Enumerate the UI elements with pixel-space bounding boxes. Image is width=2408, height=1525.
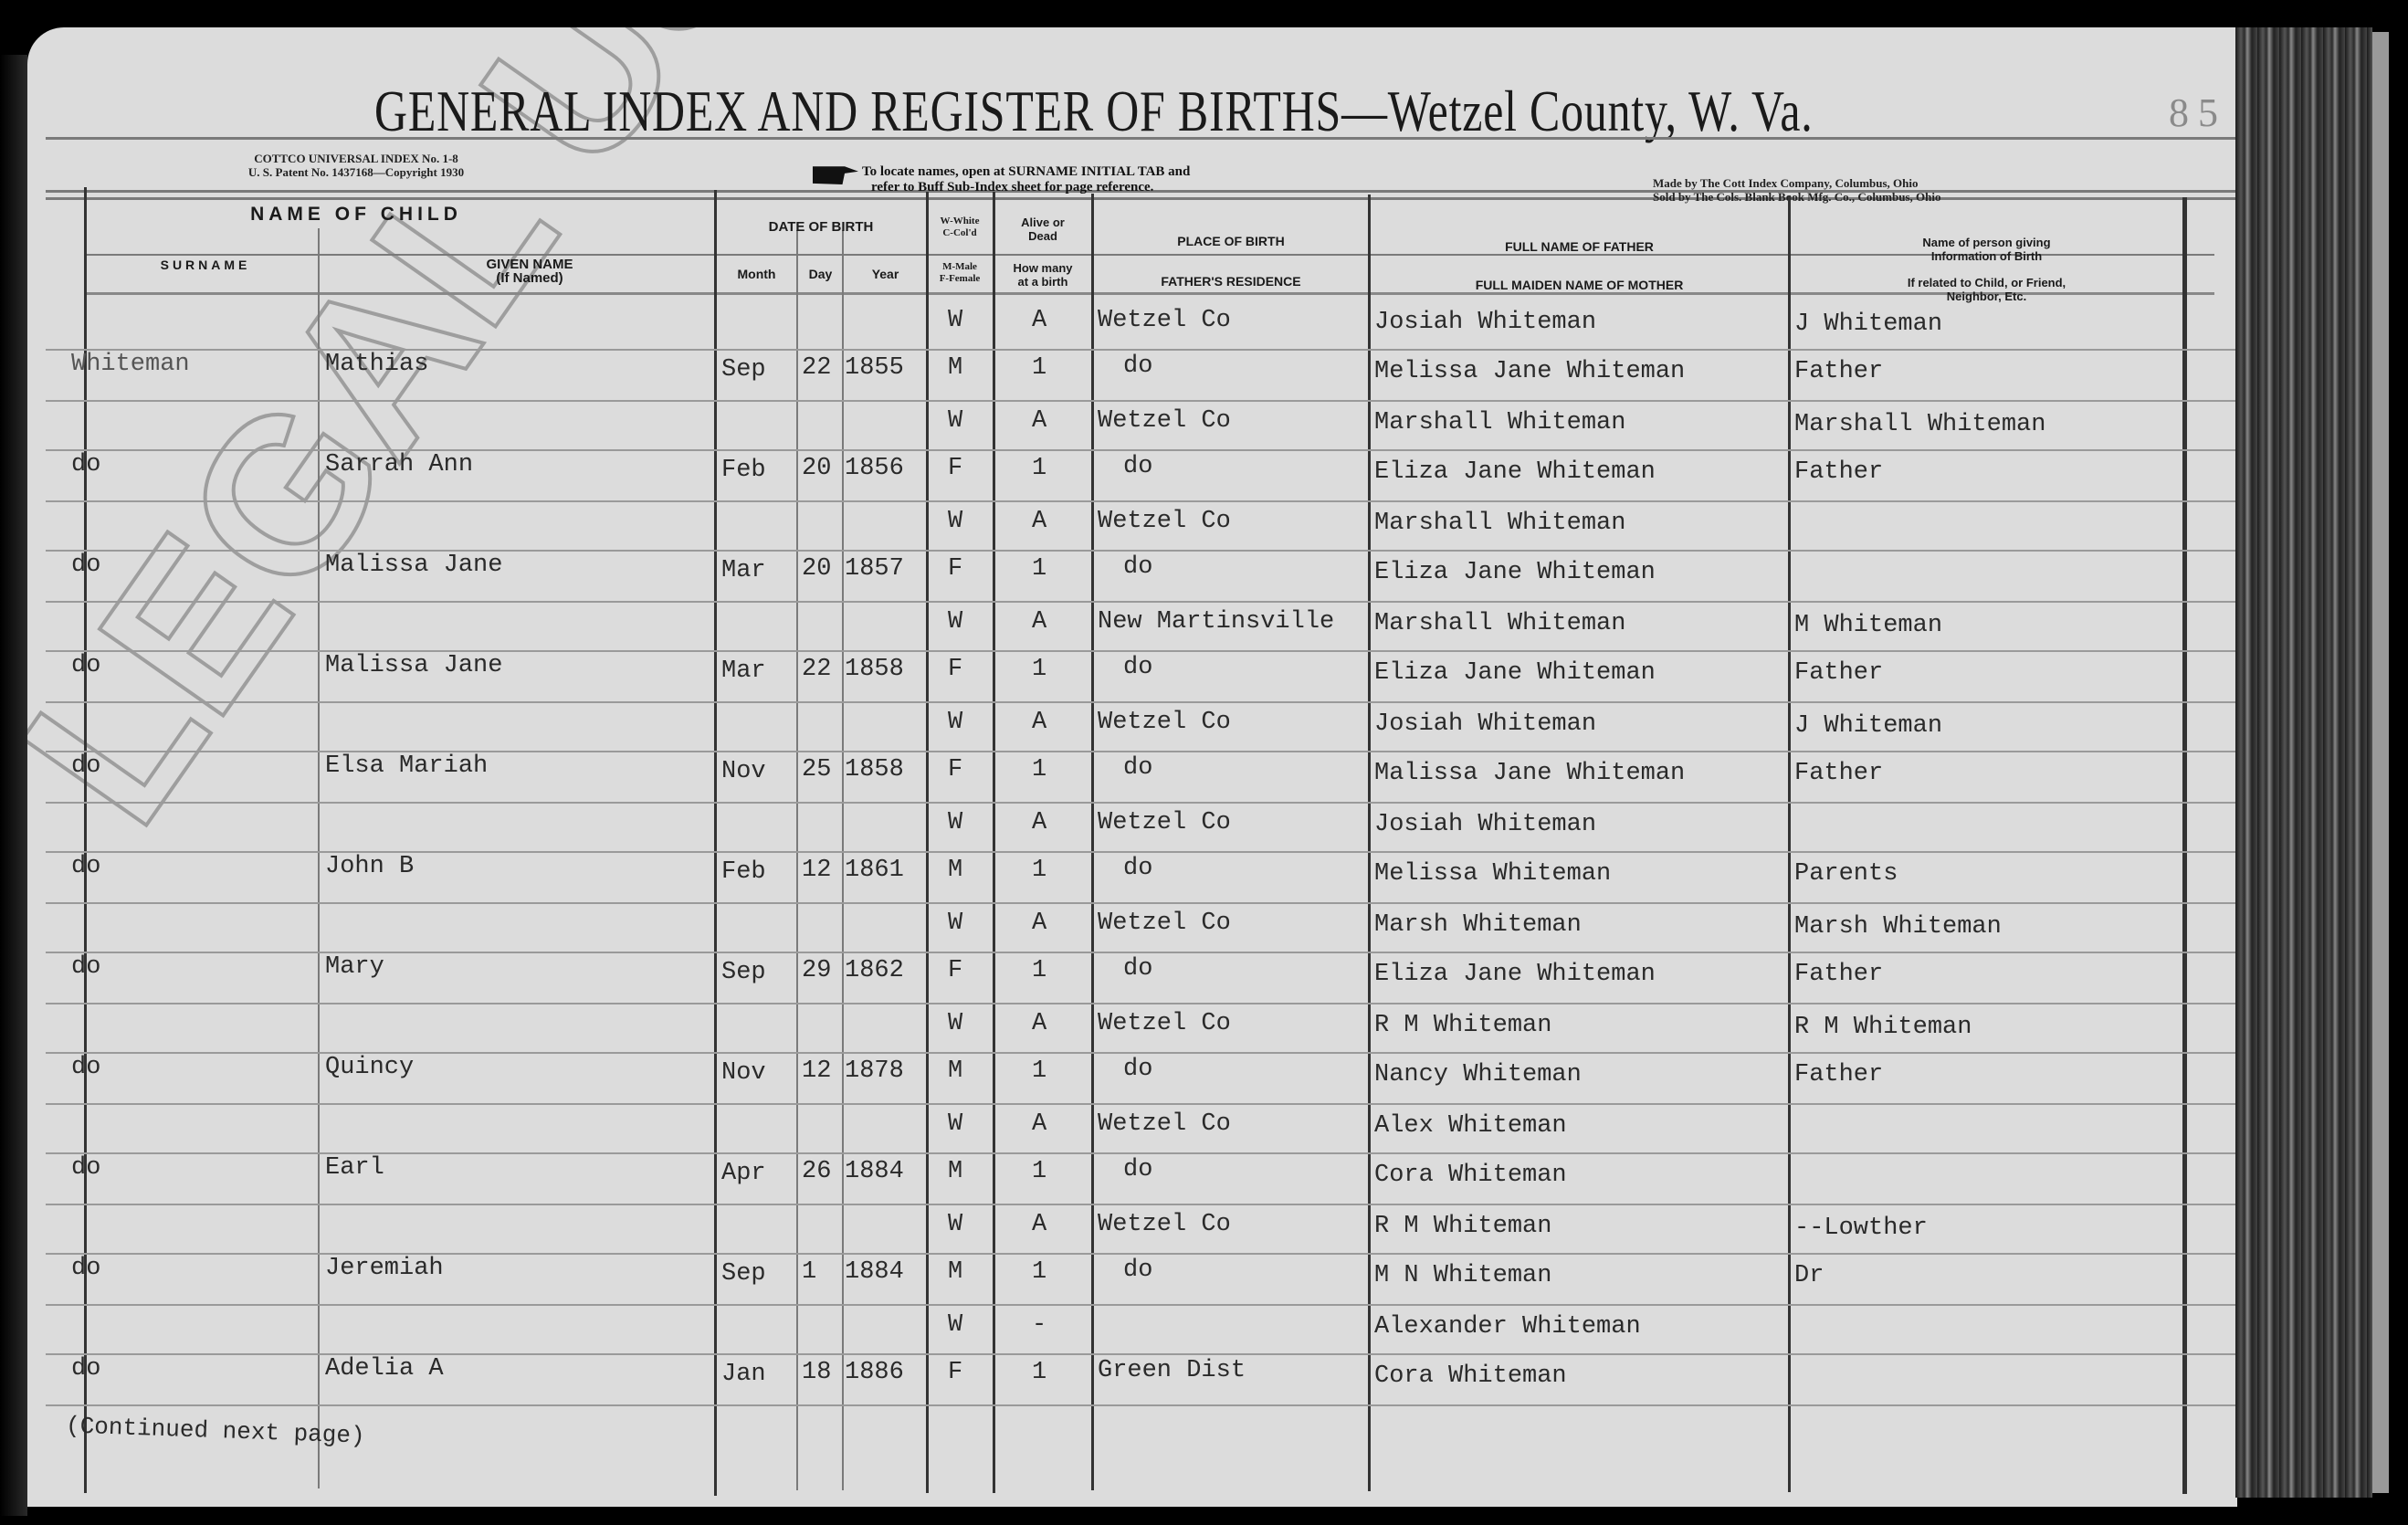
rule [46, 137, 2237, 140]
header-father-name: FULL NAME OF FATHER [1371, 239, 1788, 254]
day-cell: 22 [802, 656, 831, 683]
sex-cell: F [948, 756, 962, 784]
relation-cell: Parents [1794, 860, 1898, 888]
header-day: Day [799, 267, 842, 281]
sex-cell: M [948, 1057, 962, 1085]
race-cell: W [948, 1211, 962, 1238]
place-cell: Wetzel Co [1098, 407, 1231, 435]
residence-cell: do [1123, 654, 1152, 681]
month-cell: Jan [721, 1361, 766, 1388]
page-stack-outer [2372, 32, 2389, 1493]
informant-cell: M Whiteman [1794, 612, 1942, 639]
publisher-line: Made by The Cott Index Company, Columbus… [1653, 176, 1940, 190]
notice-line: refer to Buff Sub-Index sheet for page r… [862, 180, 1153, 195]
ruled-line [46, 500, 2237, 502]
given-name-cell: Earl [325, 1154, 384, 1182]
place-cell: Wetzel Co [1098, 910, 1231, 937]
header-name-of-child: NAME OF CHILD [210, 204, 502, 226]
page-number: 85 [2169, 89, 2227, 136]
month-cell: Feb [721, 858, 766, 886]
day-cell: 12 [802, 1057, 831, 1085]
surname-cell: do [71, 1355, 100, 1383]
publisher-info-left: COTTCO UNIVERSAL INDEX No. 1-8 U. S. Pat… [183, 152, 530, 179]
father-cell: Marsh Whiteman [1374, 911, 1582, 939]
count-cell: 1 [1032, 1258, 1046, 1286]
col-border [1368, 195, 1371, 1491]
race-cell: W [948, 1010, 962, 1037]
alive-cell: A [1032, 307, 1046, 334]
locate-names-notice: To locate names, open at SURNAME INITIAL… [813, 164, 1190, 195]
residence-cell: do [1123, 453, 1152, 480]
year-cell: 1855 [845, 354, 904, 382]
notice-line: To locate names, open at SURNAME INITIAL… [862, 164, 1190, 179]
header-mother-name: FULL MAIDEN NAME OF MOTHER [1371, 278, 1788, 292]
month-cell: Sep [721, 1260, 766, 1288]
given-name-cell: John B [325, 853, 414, 880]
header-date-of-birth: DATE OF BIRTH [717, 219, 925, 235]
ruled-line [46, 701, 2237, 703]
month-cell: Nov [721, 758, 766, 785]
header-given-name-sub: (If Named) [393, 271, 667, 285]
father-cell: Josiah Whiteman [1374, 710, 1596, 738]
ruled-line [46, 1103, 2237, 1105]
year-cell: 1886 [845, 1359, 904, 1386]
race-cell: W [948, 307, 962, 334]
mother-cell: Cora Whiteman [1374, 1362, 1567, 1390]
father-cell: R M Whiteman [1374, 1012, 1551, 1039]
header-alive-line: Alive or [995, 216, 1090, 229]
surname-cell: do [71, 752, 100, 780]
ruled-line [46, 601, 2237, 603]
month-cell: Nov [721, 1059, 766, 1087]
surname-cell: do [71, 451, 100, 479]
header-informant-line: Information of Birth [1791, 249, 2182, 263]
count-cell: 1 [1032, 1359, 1046, 1386]
header-race: W-White C-Col'd [928, 216, 992, 239]
given-name-cell: Mathias [325, 351, 428, 378]
header-howmany-line: at a birth [995, 275, 1090, 289]
surname-cell: do [71, 953, 100, 981]
header-month: Month [717, 267, 796, 281]
mother-cell: Malissa Jane Whiteman [1374, 760, 1685, 787]
year-cell: 1884 [845, 1258, 904, 1286]
mother-cell: Nancy Whiteman [1374, 1061, 1582, 1089]
race-cell: W [948, 608, 962, 636]
father-cell: R M Whiteman [1374, 1213, 1551, 1240]
header-fathers-residence: FATHER'S RESIDENCE [1094, 274, 1368, 289]
relation-cell: Father [1794, 1061, 1883, 1089]
col-border [1788, 195, 1791, 1492]
residence-cell: do [1123, 955, 1152, 983]
place-cell: Wetzel Co [1098, 508, 1231, 535]
day-cell: 22 [802, 354, 831, 382]
alive-cell: A [1032, 1110, 1046, 1138]
given-name-cell: Malissa Jane [325, 552, 502, 579]
header-surname: SURNAME [128, 258, 283, 272]
father-cell: Josiah Whiteman [1374, 309, 1596, 336]
header-howmany-line: How many [995, 261, 1090, 275]
pointing-hand-icon [813, 164, 858, 184]
father-cell: Marshall Whiteman [1374, 610, 1625, 637]
header-relation: If related to Child, or Friend, Neighbor… [1791, 276, 2182, 303]
header-how-many: How many at a birth [995, 261, 1090, 289]
day-cell: 12 [802, 857, 831, 884]
ruled-line [46, 400, 2237, 402]
race-cell: W [948, 1110, 962, 1138]
alive-cell: A [1032, 1010, 1046, 1037]
sex-cell: M [948, 1158, 962, 1185]
mother-cell: Melissa Whiteman [1374, 860, 1611, 888]
alive-cell: A [1032, 709, 1046, 736]
col-border [84, 187, 87, 1493]
ruled-line [46, 902, 2237, 904]
header-sex-line: M-Male [928, 261, 992, 273]
day-cell: 29 [802, 957, 831, 984]
surname-cell: do [71, 1054, 100, 1081]
header-alive: Alive or Dead [995, 216, 1090, 243]
father-cell: Alexander Whiteman [1374, 1313, 1641, 1341]
mother-cell: Cora Whiteman [1374, 1162, 1567, 1189]
surname-cell: do [71, 1154, 100, 1182]
month-cell: Mar [721, 657, 766, 685]
ruled-line [46, 802, 2237, 804]
month-cell: Apr [721, 1160, 766, 1187]
father-cell: Alex Whiteman [1374, 1112, 1567, 1140]
place-cell: Wetzel Co [1098, 1211, 1231, 1238]
race-cell: W [948, 709, 962, 736]
header-informant: Name of person giving Information of Bir… [1791, 236, 2182, 263]
relation-cell: Father [1794, 659, 1883, 687]
sex-cell: F [948, 1359, 962, 1386]
ruled-line [46, 1003, 2237, 1004]
alive-cell: A [1032, 407, 1046, 435]
count-cell: 1 [1032, 555, 1046, 583]
race-cell: W [948, 508, 962, 535]
surname-cell: do [71, 652, 100, 679]
residence-cell: Green Dist [1098, 1357, 1246, 1384]
mother-cell: Melissa Jane Whiteman [1374, 358, 1685, 385]
day-cell: 18 [802, 1359, 831, 1386]
mother-cell: Eliza Jane Whiteman [1374, 659, 1656, 687]
mother-cell: Eliza Jane Whiteman [1374, 559, 1656, 586]
count-cell: 1 [1032, 857, 1046, 884]
race-cell: W [948, 809, 962, 836]
sex-cell: M [948, 857, 962, 884]
publisher-info-right: Made by The Cott Index Company, Columbus… [1653, 176, 1940, 204]
place-cell: Wetzel Co [1098, 307, 1231, 334]
col-border [2182, 197, 2187, 1494]
place-cell: New Martinsville [1098, 608, 1334, 636]
given-name-cell: Elsa Mariah [325, 752, 488, 780]
race-cell: W [948, 1311, 962, 1339]
relation-cell: Father [1794, 760, 1883, 787]
year-cell: 1862 [845, 957, 904, 984]
given-name-cell: Sarrah Ann [325, 451, 473, 479]
month-cell: Sep [721, 356, 766, 384]
year-cell: 1857 [845, 555, 904, 583]
surname-cell: do [71, 853, 100, 880]
page-title: GENERAL INDEX AND REGISTER OF BIRTHS—Wet… [374, 78, 1814, 145]
residence-cell: do [1123, 352, 1152, 380]
residence-cell: do [1123, 1257, 1152, 1284]
relation-cell: Father [1794, 358, 1883, 385]
alive-cell: A [1032, 608, 1046, 636]
sex-cell: F [948, 656, 962, 683]
count-cell: 1 [1032, 1158, 1046, 1185]
year-cell: 1884 [845, 1158, 904, 1185]
year-cell: 1878 [845, 1057, 904, 1085]
given-name-cell: Malissa Jane [325, 652, 502, 679]
informant-cell: R M Whiteman [1794, 1014, 1972, 1041]
father-cell: Marshall Whiteman [1374, 510, 1625, 537]
informant-cell: J Whiteman [1794, 712, 1942, 740]
mother-cell: Eliza Jane Whiteman [1374, 961, 1656, 988]
day-cell: 1 [802, 1258, 816, 1286]
relation-cell: Father [1794, 961, 1883, 988]
father-cell: Marshall Whiteman [1374, 409, 1625, 436]
col-border [714, 190, 717, 1496]
relation-cell: Dr [1794, 1262, 1824, 1289]
month-cell: Feb [721, 457, 766, 484]
col-border [1091, 194, 1094, 1490]
residence-cell: do [1123, 754, 1152, 782]
given-name-cell: Mary [325, 953, 384, 981]
informant-cell: Marsh Whiteman [1794, 913, 2002, 941]
residence-cell: do [1123, 1056, 1152, 1083]
place-cell: Wetzel Co [1098, 1110, 1231, 1138]
publisher-line: U. S. Patent No. 1437168—Copyright 1930 [183, 165, 530, 179]
relation-cell: Father [1794, 458, 1883, 486]
publisher-line: COTTCO UNIVERSAL INDEX No. 1-8 [183, 152, 530, 165]
informant-cell: --Lowther [1794, 1215, 1928, 1242]
day-cell: 26 [802, 1158, 831, 1185]
sex-cell: F [948, 555, 962, 583]
residence-cell: do [1123, 1156, 1152, 1183]
race-cell: W [948, 910, 962, 937]
informant-cell: Marshall Whiteman [1794, 411, 2045, 438]
day-cell: 20 [802, 555, 831, 583]
given-name-cell: Jeremiah [325, 1255, 444, 1282]
count-cell: 1 [1032, 756, 1046, 784]
year-cell: 1858 [845, 756, 904, 784]
ruled-line [46, 1204, 2237, 1205]
year-cell: 1861 [845, 857, 904, 884]
informant-cell: J Whiteman [1794, 310, 1942, 338]
count-cell: 1 [1032, 354, 1046, 382]
sex-cell: F [948, 455, 962, 482]
sex-cell: M [948, 1258, 962, 1286]
header-relation-line: Neighbor, Etc. [1791, 289, 2182, 303]
place-cell: Wetzel Co [1098, 1010, 1231, 1037]
col-border [842, 230, 844, 1490]
header-sex-line: F-Female [928, 273, 992, 285]
col-border [796, 230, 798, 1490]
header-place-of-birth: PLACE OF BIRTH [1094, 234, 1368, 248]
place-cell: Wetzel Co [1098, 709, 1231, 736]
continued-note: (Continued next page) [66, 1412, 366, 1449]
header-alive-line: Dead [995, 229, 1090, 243]
col-border [318, 228, 320, 1488]
count-cell: 1 [1032, 656, 1046, 683]
given-name-cell: Quincy [325, 1054, 414, 1081]
month-cell: Sep [721, 959, 766, 986]
year-cell: 1856 [845, 455, 904, 482]
year-cell: 1858 [845, 656, 904, 683]
residence-cell: do [1123, 553, 1152, 581]
header-race-line: W-White [928, 216, 992, 227]
sex-cell: F [948, 957, 962, 984]
surname-cell: Whiteman [71, 351, 190, 378]
mother-cell: M N Whiteman [1374, 1262, 1551, 1289]
book-binding-shadow [0, 55, 27, 1516]
count-cell: 1 [1032, 1057, 1046, 1085]
place-cell: Wetzel Co [1098, 809, 1231, 836]
header-year: Year [845, 267, 926, 281]
header-race-line: C-Col'd [928, 227, 992, 239]
ruled-line [46, 1404, 2237, 1406]
alive-cell: A [1032, 910, 1046, 937]
alive-cell: - [1032, 1311, 1046, 1339]
header-given-name-label: GIVEN NAME [393, 258, 667, 271]
count-cell: 1 [1032, 957, 1046, 984]
count-cell: 1 [1032, 455, 1046, 482]
given-name-cell: Adelia A [325, 1355, 444, 1383]
header-informant-line: Name of person giving [1791, 236, 2182, 249]
day-cell: 25 [802, 756, 831, 784]
surname-cell: do [71, 1255, 100, 1282]
header-relation-line: If related to Child, or Friend, [1791, 276, 2182, 289]
header-sex: M-Male F-Female [928, 261, 992, 285]
alive-cell: A [1032, 508, 1046, 535]
alive-cell: A [1032, 809, 1046, 836]
month-cell: Mar [721, 557, 766, 584]
col-border [926, 192, 929, 1493]
alive-cell: A [1032, 1211, 1046, 1238]
publisher-line: Sold by The Cols. Blank Book Mfg. Co., C… [1653, 190, 1940, 204]
day-cell: 20 [802, 455, 831, 482]
page-stack-edge [2235, 27, 2372, 1498]
residence-cell: do [1123, 855, 1152, 882]
register-page: LEGAL US GENERAL INDEX AND REGISTER OF B… [27, 27, 2237, 1507]
col-border [993, 192, 995, 1493]
ruled-line [46, 1304, 2237, 1306]
race-cell: W [948, 407, 962, 435]
mother-cell: Eliza Jane Whiteman [1374, 458, 1656, 486]
father-cell: Josiah Whiteman [1374, 811, 1596, 838]
surname-cell: do [71, 552, 100, 579]
sex-cell: M [948, 354, 962, 382]
header-given-name: GIVEN NAME (If Named) [393, 258, 667, 285]
